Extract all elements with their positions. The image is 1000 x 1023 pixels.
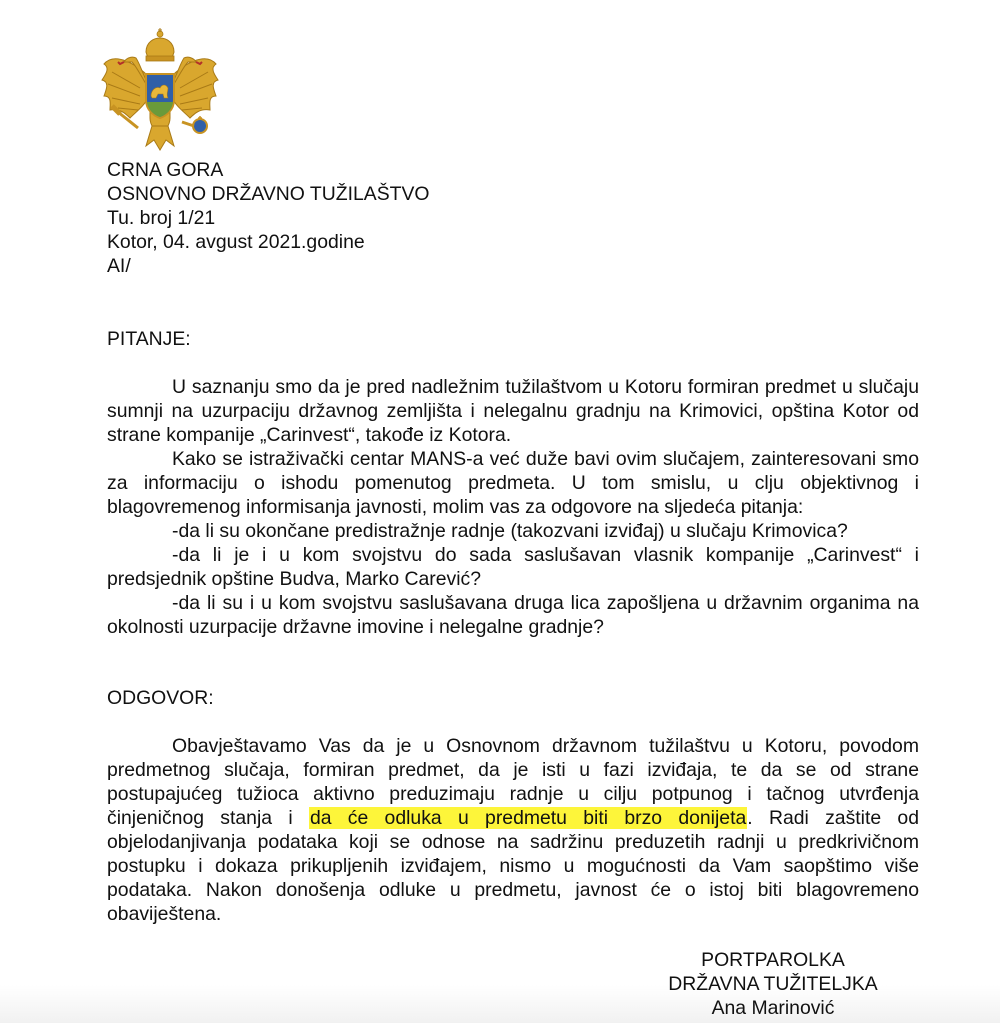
question-item: -da li su i u kom svojstvu saslušavana d…: [107, 591, 919, 639]
answer-heading: ODGOVOR:: [107, 686, 214, 710]
question-paragraph: U saznanju smo da je pred nadležnim tuži…: [107, 375, 919, 447]
country-name: CRNA GORA: [107, 158, 919, 182]
question-item: -da li su okončane predistražnje radnje …: [107, 519, 919, 543]
signature-title: DRŽAVNA TUŽITELJKA: [640, 972, 906, 996]
signature-block: PORTPAROLKA DRŽAVNA TUŽITELJKA Ana Marin…: [640, 948, 906, 1020]
answer-paragraph: Obavještavamo Vas da je u Osnovnom držav…: [107, 734, 919, 926]
signature-name: Ana Marinović: [640, 996, 906, 1020]
institution-name: OSNOVNO DRŽAVNO TUŽILAŠTVO: [107, 182, 919, 206]
montenegro-coat-of-arms-icon: [96, 22, 224, 154]
question-item: -da li je i u kom svojstvu do sada saslu…: [107, 543, 919, 591]
answer-body: Obavještavamo Vas da je u Osnovnom držav…: [107, 734, 919, 926]
document-page: CRNA GORA OSNOVNO DRŽAVNO TUŽILAŠTVO Tu.…: [0, 0, 1000, 1023]
author-initials: AI/: [107, 254, 919, 278]
signature-role: PORTPAROLKA: [640, 948, 906, 972]
question-body: U saznanju smo da je pred nadležnim tuži…: [107, 375, 919, 639]
document-header: CRNA GORA OSNOVNO DRŽAVNO TUŽILAŠTVO Tu.…: [107, 158, 919, 278]
reference-number: Tu. broj 1/21: [107, 206, 919, 230]
highlighted-text: da će odluka u predmetu biti brzo donije…: [309, 807, 747, 829]
question-paragraph: Kako se istraživački centar MANS-a već d…: [107, 447, 919, 519]
question-heading: PITANJE:: [107, 327, 191, 351]
place-date: Kotor, 04. avgust 2021.godine: [107, 230, 919, 254]
